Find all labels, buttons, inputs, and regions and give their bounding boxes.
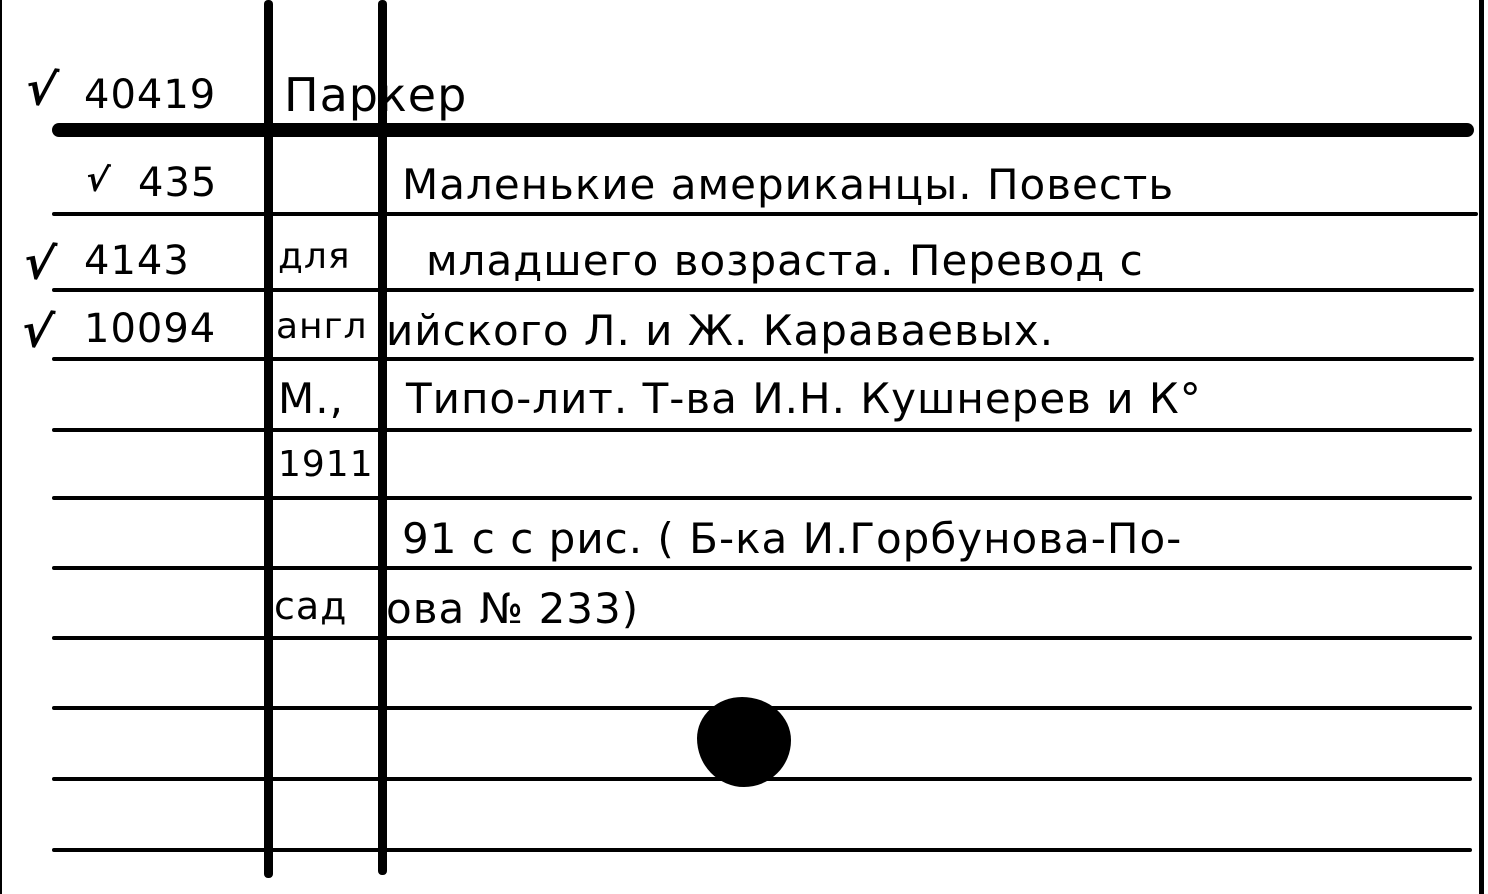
check-mark-icon: √ — [22, 60, 60, 118]
title-line-2: младшего возраста. Перевод с — [426, 236, 1144, 285]
check-mark-icon: √ — [83, 159, 111, 202]
rule-line — [52, 212, 1478, 216]
call-number: 4143 — [84, 238, 190, 284]
series-line: ова № 233) — [386, 584, 639, 633]
rule-line — [52, 848, 1472, 852]
rule-line — [52, 288, 1474, 292]
imprint-publisher: Типо-лит. Т-ва И.Н. Кушнерев и К° — [406, 374, 1202, 423]
imprint-year: 1911 — [278, 444, 374, 485]
title-line-1: Маленькие американцы. Повесть — [402, 160, 1174, 209]
call-number: 40419 — [84, 72, 216, 118]
punch-hole — [697, 697, 791, 787]
rule-line — [52, 428, 1472, 432]
card-right-edge — [1479, 0, 1484, 894]
title-line-3-left: англ — [276, 306, 368, 347]
collation-line: 91 с с рис. ( Б-ка И.Горбунова-По- — [402, 514, 1182, 563]
call-number: 10094 — [84, 306, 216, 352]
call-number: 435 — [138, 160, 217, 206]
imprint-place: М., — [278, 374, 344, 423]
title-line-3: ийского Л. и Ж. Караваевых. — [386, 306, 1054, 355]
series-line-left: сад — [274, 584, 347, 628]
card-left-edge — [0, 0, 2, 894]
header-rule — [52, 123, 1474, 137]
catalog-card: √ √ √ √ 40419 435 4143 10094 Паркер Мале… — [0, 0, 1488, 894]
rule-line — [52, 357, 1474, 361]
author-name: Паркер — [284, 68, 467, 122]
rule-line — [52, 496, 1472, 500]
check-mark-icon: √ — [20, 234, 58, 292]
check-mark-icon: √ — [18, 302, 56, 360]
rule-line — [52, 566, 1472, 570]
rule-line — [52, 636, 1472, 640]
title-line-2-left: для — [278, 236, 351, 277]
